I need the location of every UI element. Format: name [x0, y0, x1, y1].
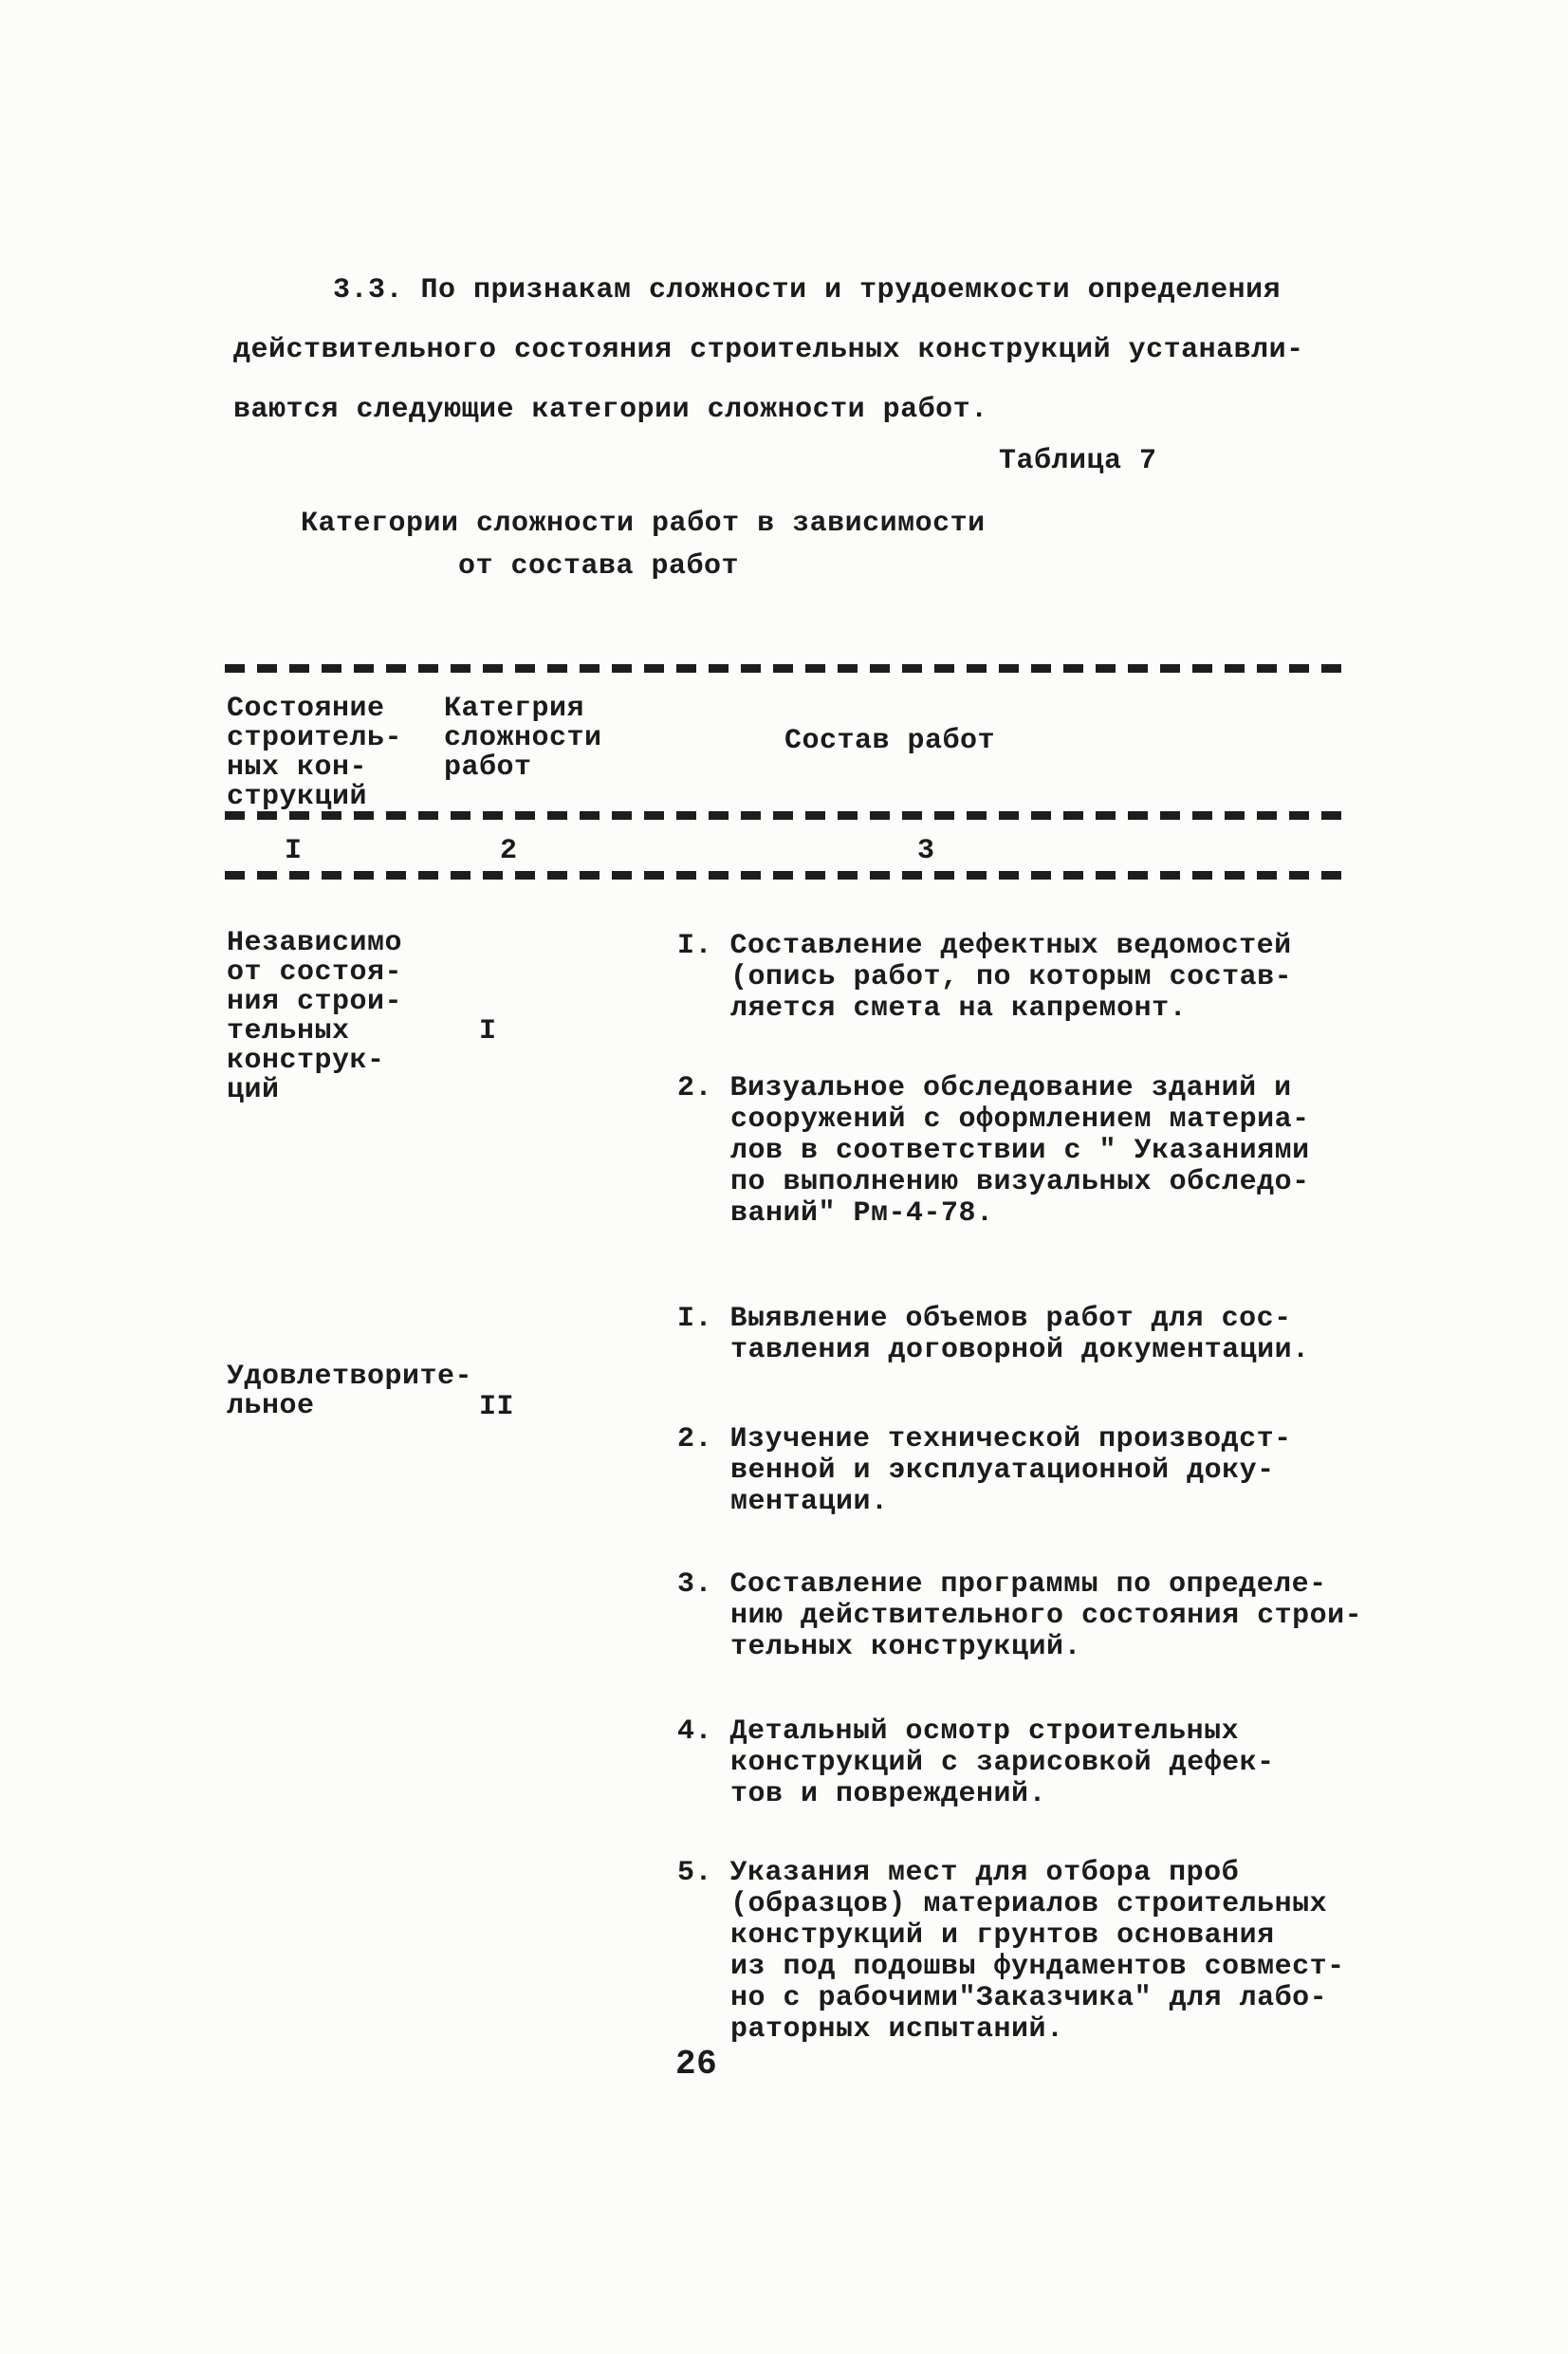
table-caption: Таблица 7: [999, 446, 1157, 477]
table-title-line1: Категории сложности работ в зависимости: [301, 509, 986, 540]
table-title-line2: от состава работ: [458, 551, 739, 583]
header-cell-condition: Состояние строитель- ных кон- струкций: [227, 695, 402, 812]
row2-condition: Удовлетворите- льное: [227, 1362, 472, 1421]
row2-item-3: 3. Составление программы по определе- ни…: [677, 1569, 1470, 1663]
table-border-top: [225, 664, 1352, 673]
column-number-1: I: [285, 836, 303, 867]
header-cell-category: Категрия сложности работ: [444, 695, 602, 783]
table-border-header: [225, 811, 1352, 820]
row2-category: II: [479, 1392, 514, 1423]
row2-item-4: 4. Детальный осмотр строительных констру…: [677, 1716, 1470, 1810]
column-number-2: 2: [500, 836, 518, 867]
page-number: 26: [675, 2046, 717, 2084]
paragraph-3-3: 3.3. По признакам сложности и трудоемкос…: [233, 261, 1381, 440]
table-border-subheader: [225, 871, 1352, 880]
header-cell-composition: Состав работ: [784, 727, 995, 756]
row1-condition: Независимо от состоя- ния строи- тельных…: [227, 929, 402, 1105]
row2-item-2: 2. Изучение технической производст- венн…: [677, 1424, 1470, 1518]
row1-category: I: [479, 1016, 497, 1047]
document-page: 3.3. По признакам сложности и трудоемкос…: [0, 0, 1568, 2354]
row1-item-2: 2. Визуальное обследование зданий и соор…: [677, 1073, 1470, 1230]
column-number-3: 3: [917, 836, 935, 867]
row2-item-1: I. Выявление объемов работ для сос- тавл…: [677, 1304, 1470, 1366]
row1-item-1: I. Составление дефектных ведомостей (опи…: [677, 931, 1470, 1025]
row2-item-5: 5. Указания мест для отбора проб (образц…: [677, 1858, 1470, 2046]
